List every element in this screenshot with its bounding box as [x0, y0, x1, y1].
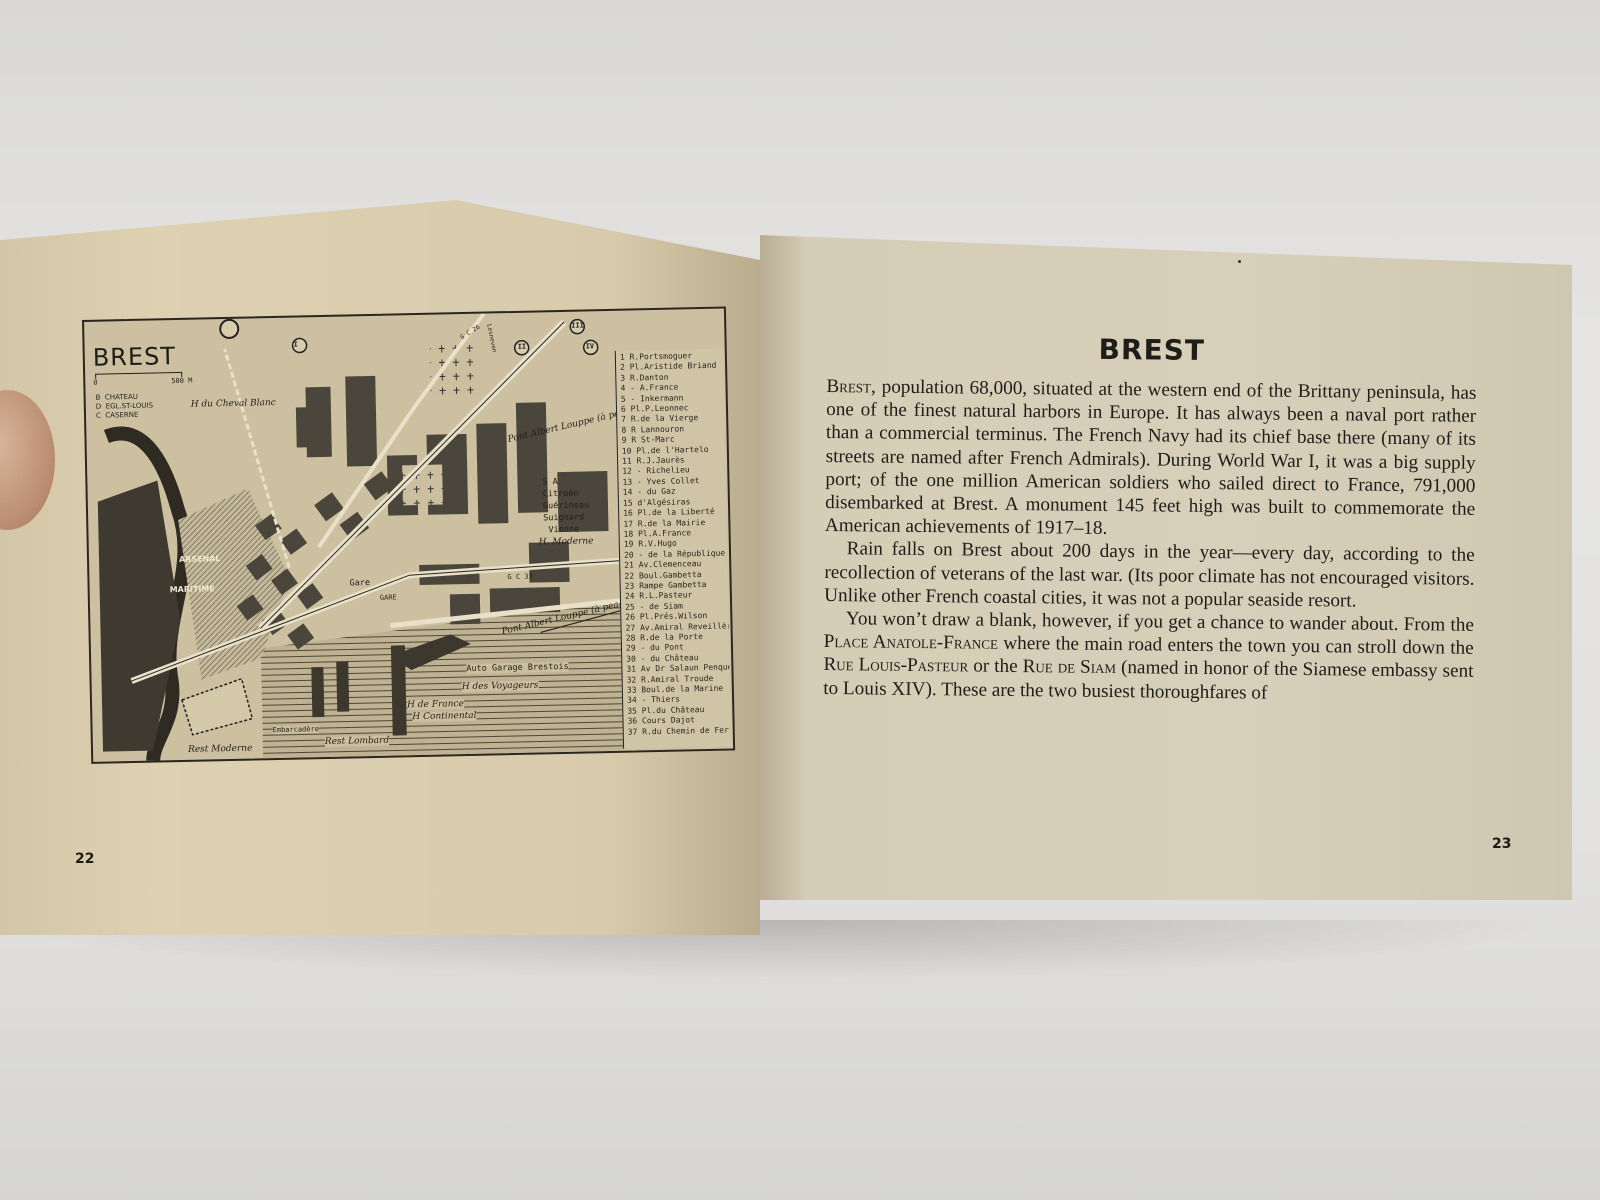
label-arsenal: ARSENAL: [179, 554, 221, 564]
route-marker-ii: II: [518, 343, 527, 351]
paragraph-3: You won’t draw a blank, however, if you …: [823, 607, 1474, 707]
label-h-voyageurs: H des Voyageurs: [462, 681, 539, 693]
scale-start: 0: [93, 379, 97, 387]
scale-end: 500 M: [171, 377, 192, 385]
label-h-france: H de France: [407, 699, 464, 710]
paper-speck: [1238, 260, 1241, 263]
legend-entry: 16 Pl.de la Liberté: [623, 507, 726, 520]
route-marker-iv: IV: [586, 342, 595, 350]
place-name: Place Anatole-France: [824, 631, 998, 654]
article-text: BREST Brest, population 68,000, situated…: [823, 330, 1477, 707]
label-embarcadere: Embarcadère: [273, 725, 320, 734]
page-number-right: 23: [1492, 836, 1511, 852]
route-marker-i: I: [293, 340, 297, 348]
label-rest-lombard: Rest Lombard: [325, 736, 390, 747]
label-sa: S A: [542, 477, 558, 487]
label-gc33: G C 33: [507, 573, 532, 582]
brest-city-map: BREST 0 500 M B CHATEAU D EGL.ST-LOUIS C…: [82, 307, 735, 764]
map-key: B CHATEAU D EGL.ST-LOUIS C CASERNE: [96, 393, 154, 421]
paragraph-2: Rain falls on Brest about 200 days in th…: [824, 537, 1475, 613]
key-item: C CASERNE: [96, 411, 153, 421]
page-number-left: 22: [75, 851, 94, 867]
legend-entry: 37 R.du Chemin de Fer: [628, 725, 731, 738]
street-name: Rue Louis-Pasteur: [823, 654, 968, 677]
legend-entry: 31 Av Dr Salaun Penquer: [626, 663, 729, 676]
label-rest-moderne: Rest Moderne: [188, 744, 253, 755]
legend-entry: 2 Pl.Aristide Briand: [620, 361, 723, 374]
label-h-cheval-blanc: H du Cheval Blanc: [191, 398, 276, 410]
lead-word: Brest: [826, 376, 871, 397]
label-citroen: Citroën: [543, 489, 579, 500]
label-maritime: MARITIME: [170, 584, 215, 594]
label-suignard: Suignard: [543, 513, 584, 524]
map-title: BREST: [93, 342, 177, 372]
paragraph-1: Brest, population 68,000, situated at th…: [825, 375, 1477, 544]
route-marker-iii: III: [571, 321, 584, 329]
label-gare-caps: GARE: [380, 593, 397, 601]
label-vienne: Vienne: [548, 525, 579, 536]
street-legend: 1 R.Portsmoguer 2 Pl.Aristide Briand 3 R…: [615, 349, 731, 749]
label-auto-garage: Auto Garage Brestois: [466, 662, 569, 674]
article-heading: BREST: [827, 330, 1477, 370]
label-gare: Gare: [349, 578, 370, 588]
street-name: Rue de Siam: [1023, 657, 1117, 679]
label-h-continental: H Continental: [412, 711, 476, 722]
label-guerineau: Guérineau: [543, 500, 589, 511]
label-h-moderne: H. Moderne: [539, 536, 594, 547]
